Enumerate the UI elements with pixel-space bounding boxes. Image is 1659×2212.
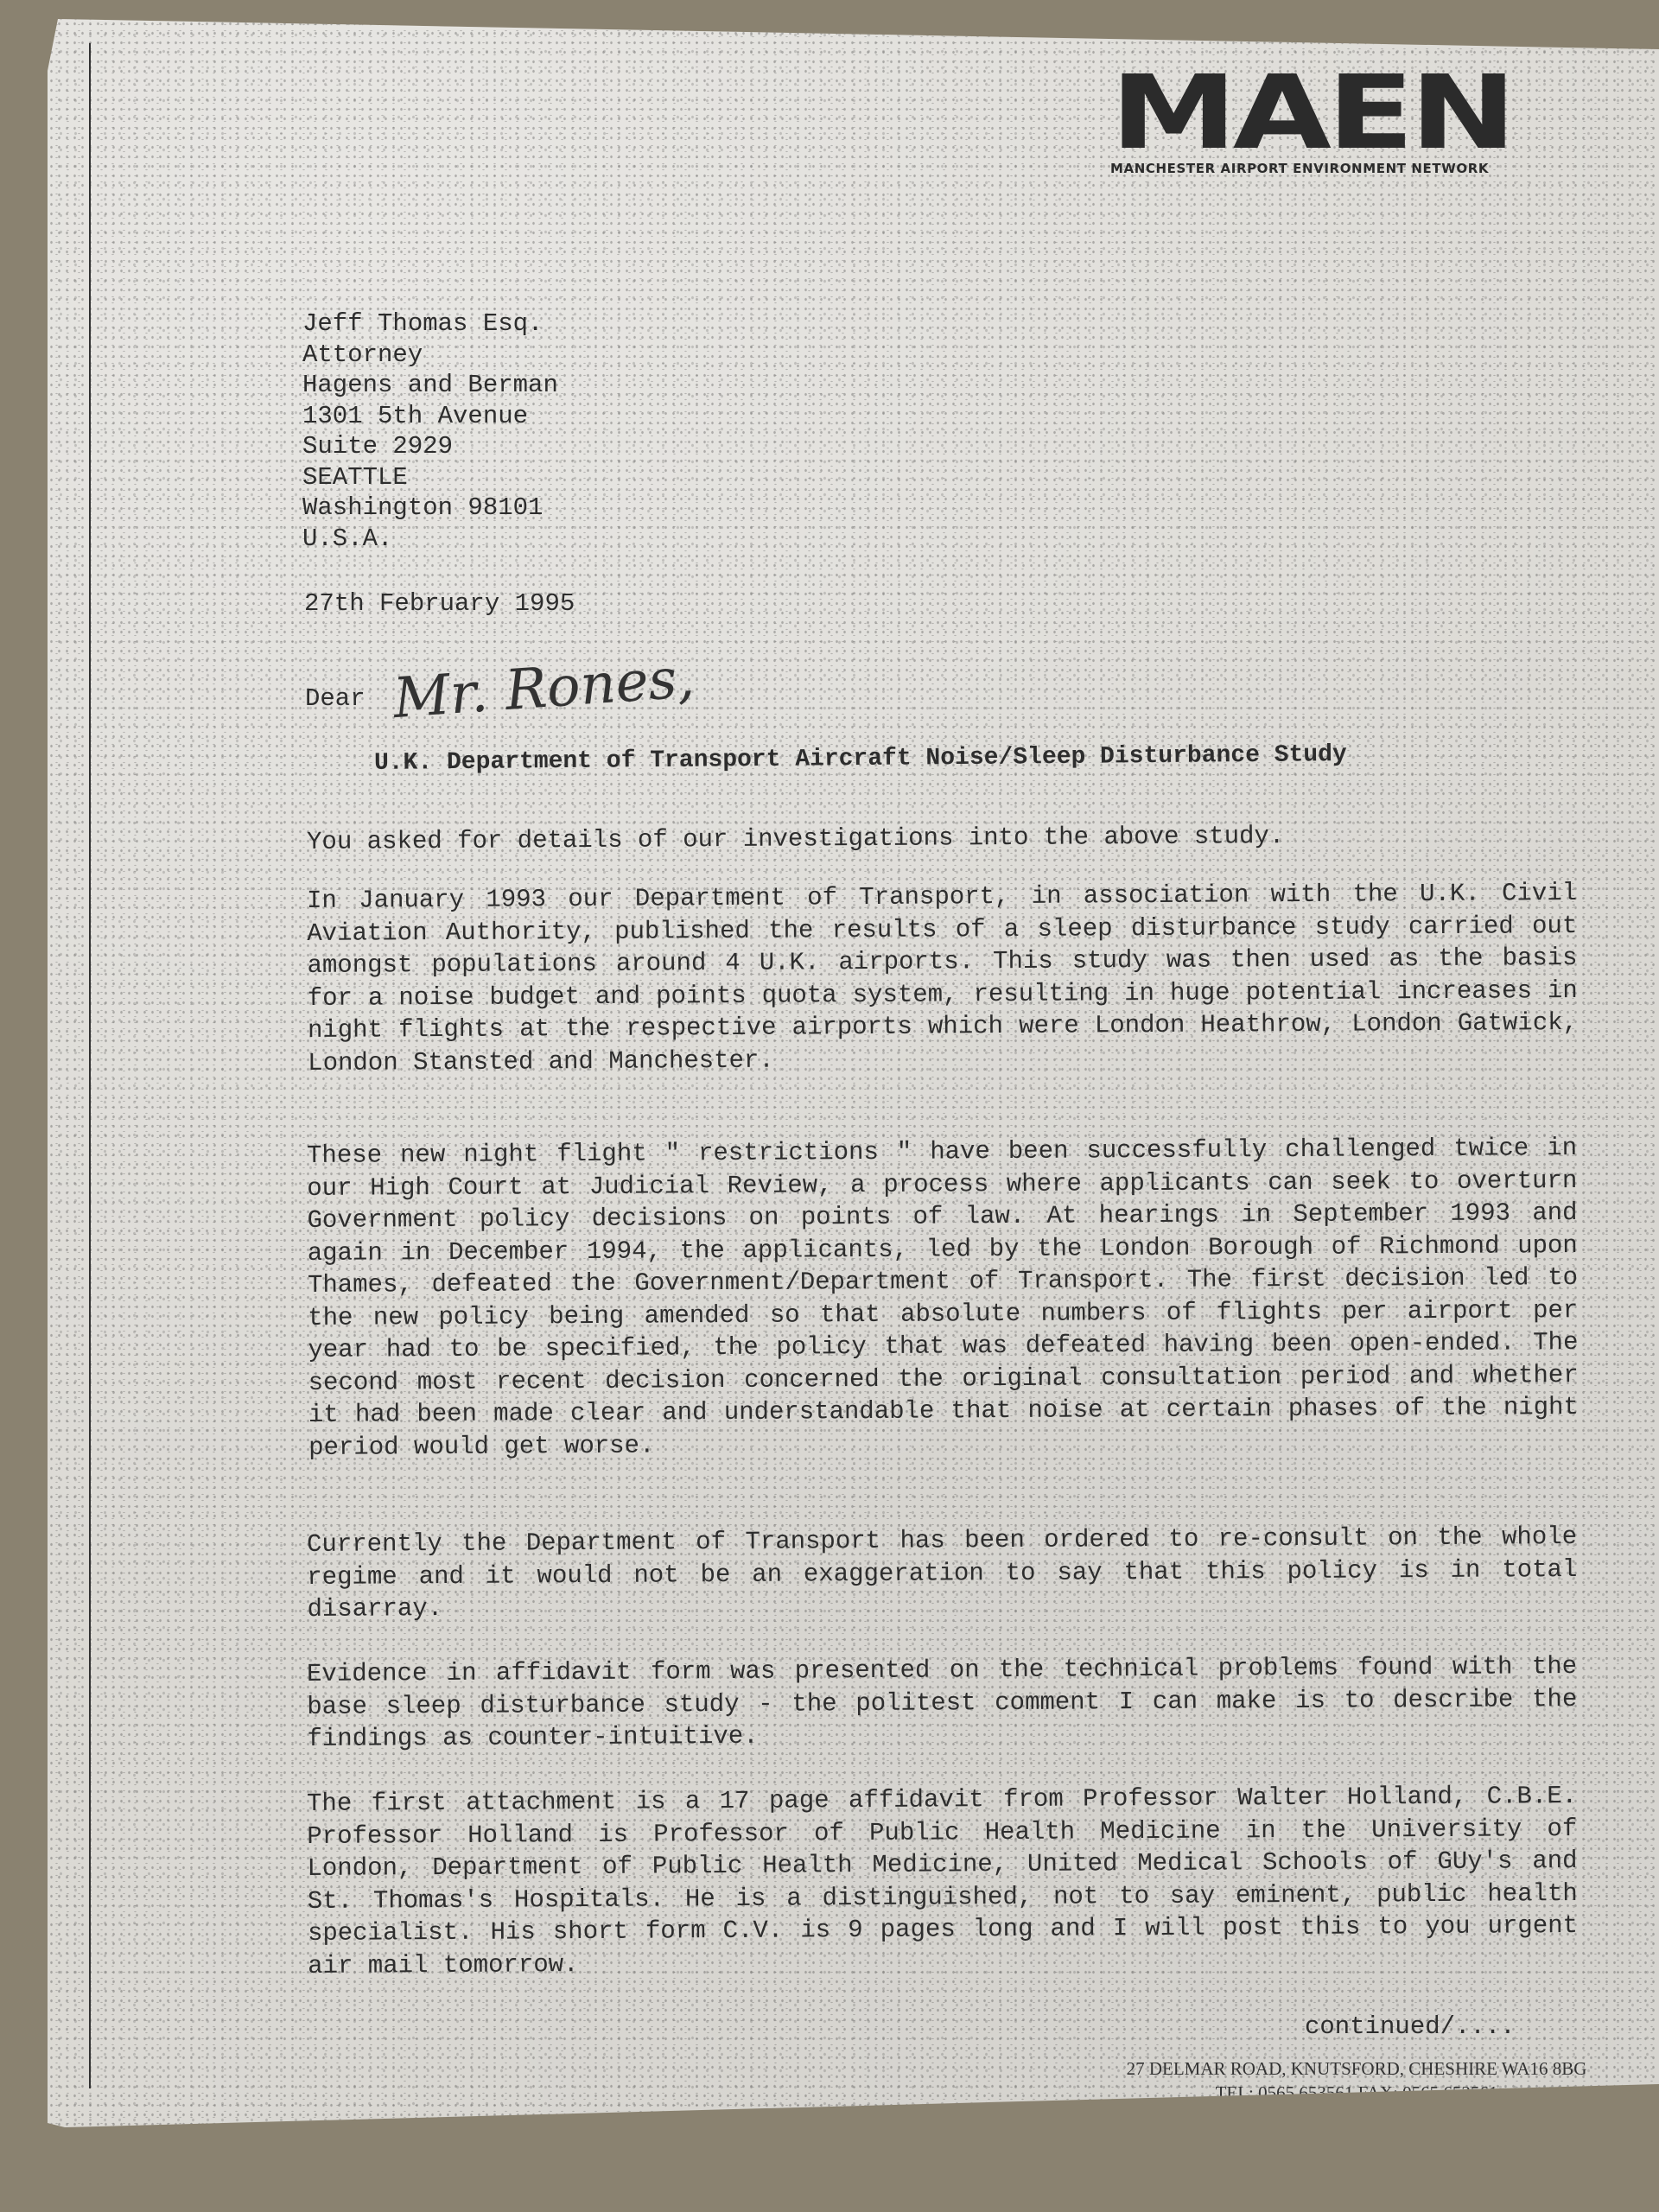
paragraph: You asked for details of our investigati… — [307, 818, 1577, 858]
paragraph: In January 1993 our Department of Transp… — [307, 877, 1578, 1079]
recipient-address: Jeff Thomas Esq. Attorney Hagens and Ber… — [302, 308, 558, 554]
subject-line: U.K. Department of Transport Aircraft No… — [374, 739, 1347, 779]
paragraph: Evidence in affidavit form was presented… — [307, 1650, 1578, 1755]
maen-logo: MAEN — [1110, 71, 1659, 154]
address-line: Washington 98101 — [302, 493, 543, 522]
paragraph: These new night flight " restrictions " … — [307, 1132, 1579, 1464]
handwritten-salutation: Mr. Rones, — [391, 646, 696, 731]
address-line: Suite 2929 — [302, 432, 453, 461]
continued-marker: continued/.... — [1305, 2011, 1516, 2043]
letterhead-footer: 27 DELMAR ROAD, KNUTSFORD, CHESHIRE WA16… — [1097, 2056, 1616, 2105]
salutation: Dear — [305, 683, 365, 715]
footer-address: 27 DELMAR ROAD, KNUTSFORD, CHESHIRE WA16… — [1097, 2056, 1616, 2081]
address-line: Jeff Thomas Esq. — [302, 309, 543, 338]
paragraph: Currently the Department of Transport ha… — [307, 1521, 1578, 1625]
address-line: SEATTLE — [302, 463, 408, 492]
address-line: Attorney — [302, 340, 423, 369]
address-line: U.S.A. — [302, 524, 392, 553]
letter-page: MAEN MANCHESTER AIRPORT ENVIRONMENT NETW… — [48, 19, 1659, 2127]
margin-line — [89, 43, 91, 2088]
letter-date: 27th February 1995 — [304, 588, 575, 620]
address-line: Hagens and Berman — [302, 371, 558, 399]
letterhead: MAEN MANCHESTER AIRPORT ENVIRONMENT NETW… — [1110, 71, 1611, 176]
paragraph: The first attachment is a 17 page affida… — [307, 1780, 1578, 1982]
footer-contact: TEL: 0565 653561 FAX: 0565 653561 — [1097, 2081, 1616, 2105]
address-line: 1301 5th Avenue — [302, 402, 528, 430]
